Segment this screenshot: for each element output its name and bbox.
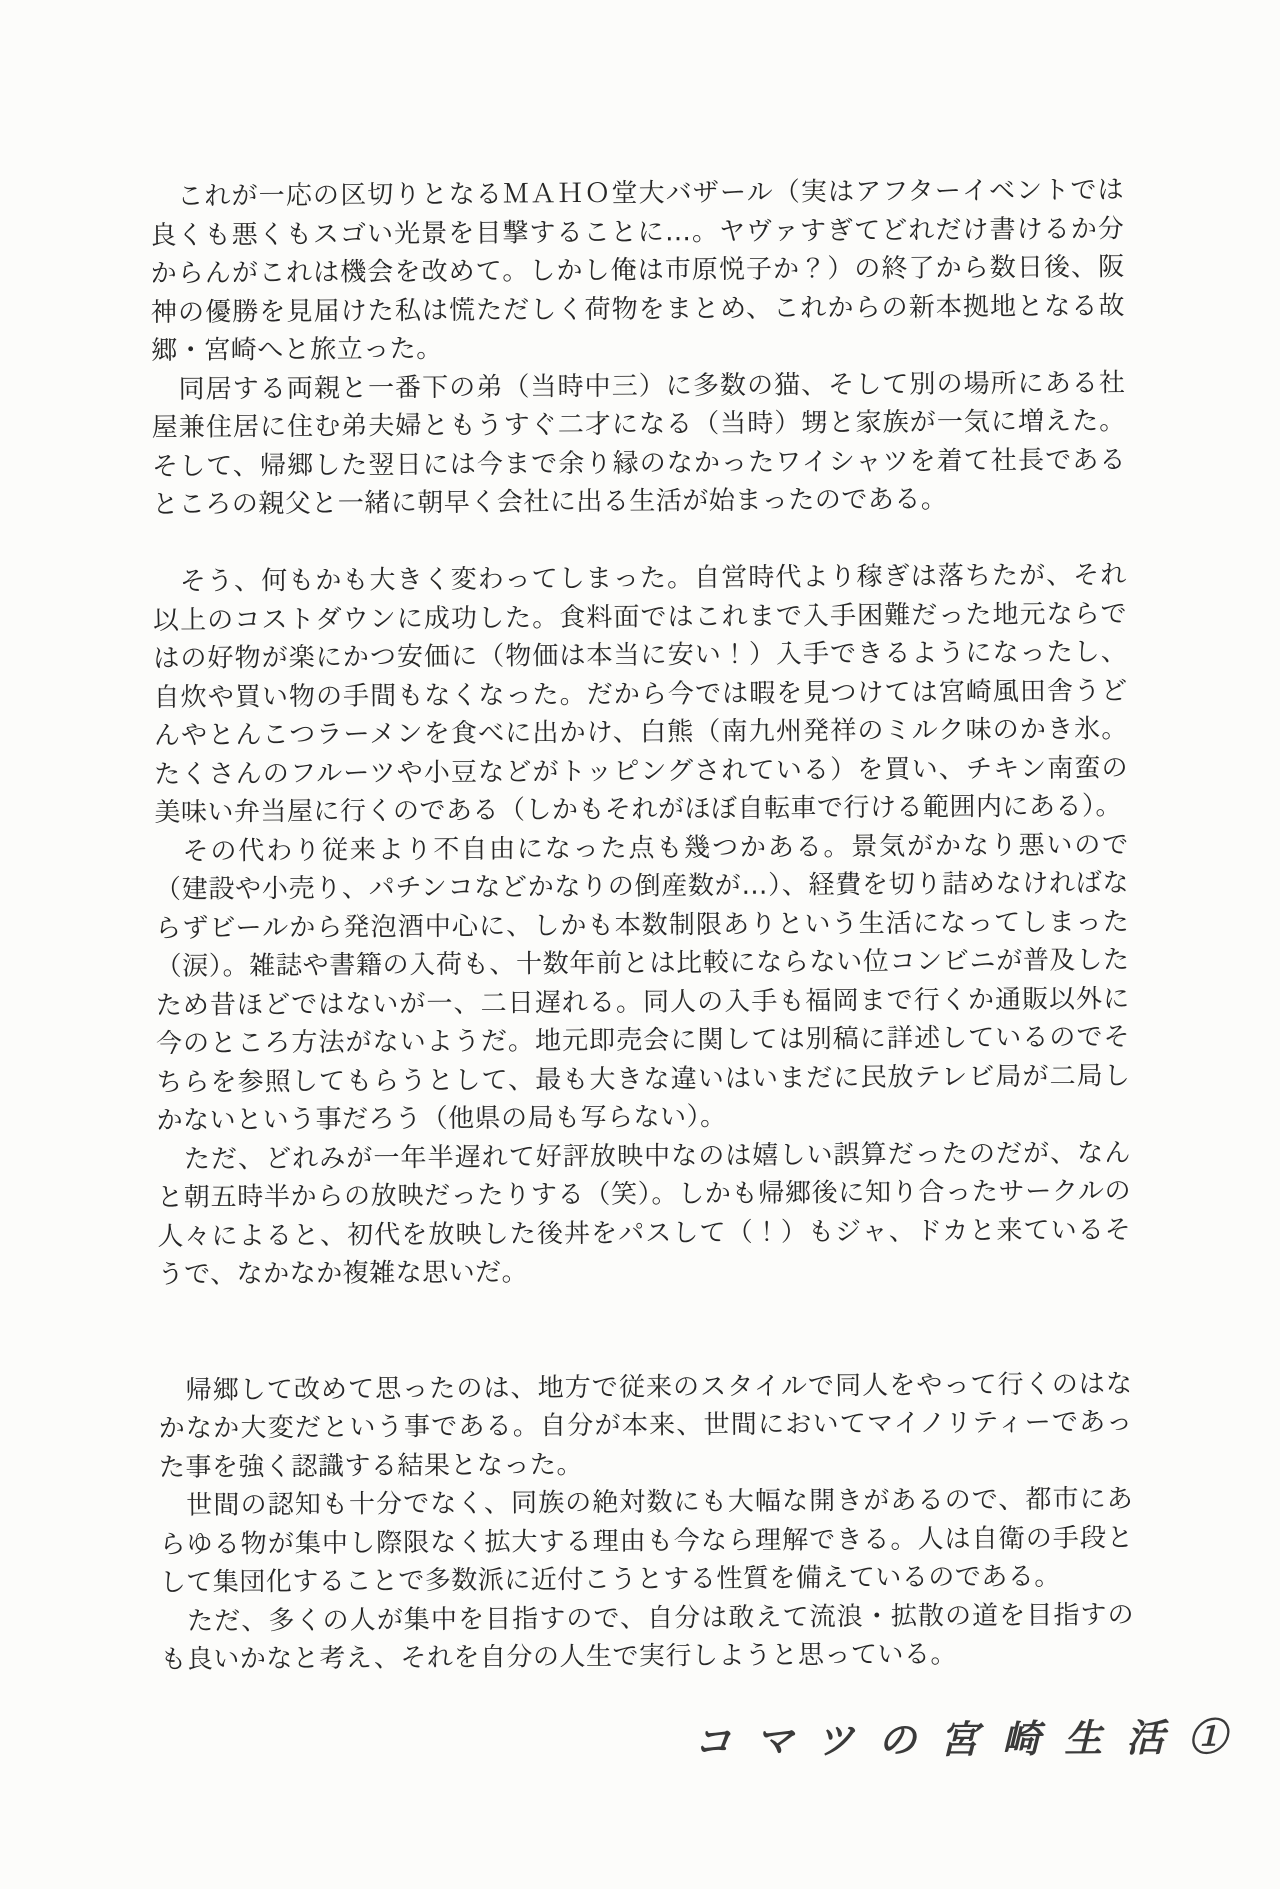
paragraph-8: ただ、多くの人が集中を目指すので、自分は敢えて流浪・拡散の道を目指すのも良いかな… [160,1596,1135,1680]
paragraph-6: 帰郷して改めて思ったのは、地方で従来のスタイルで同人をやって行くのはなかなか大変… [158,1365,1133,1487]
paragraph-1: これが一応の区切りとなるＭＡＨＯ堂大バザール（実はアフターイベントでは良くも悪く… [150,171,1125,370]
page-footer-title: コマツの宮崎生活① [0,1706,1250,1772]
paragraph-7: 世間の認知も十分でなく、同族の絶対数にも大幅な開きがあるので、都市にあらゆる物が… [159,1480,1134,1602]
paragraph-3: そう、何もかも大きく変わってしまった。自営時代より稼ぎは落ちたが、それ以上のコス… [153,556,1129,832]
paragraph-5: ただ、どれみが一年半遅れて好評放映中なのは嬉しい誤算だったのだが、なんと朝五時半… [157,1134,1132,1295]
body-text: これが一応の区切りとなるＭＡＨＯ堂大バザール（実はアフターイベントでは良くも悪く… [150,171,1134,1679]
paragraph-2: 同居する両親と一番下の弟（当時中三）に多数の猫、そして別の場所にある社屋兼住居に… [151,364,1126,525]
scanned-document-page: これが一応の区切りとなるＭＡＨＯ堂大バザール（実はアフターイベントでは良くも悪く… [0,0,1280,1889]
paragraph-4: その代わり従来より不自由になった点も幾つかある。景気がかなり悪いので（建設や小売… [155,826,1131,1141]
